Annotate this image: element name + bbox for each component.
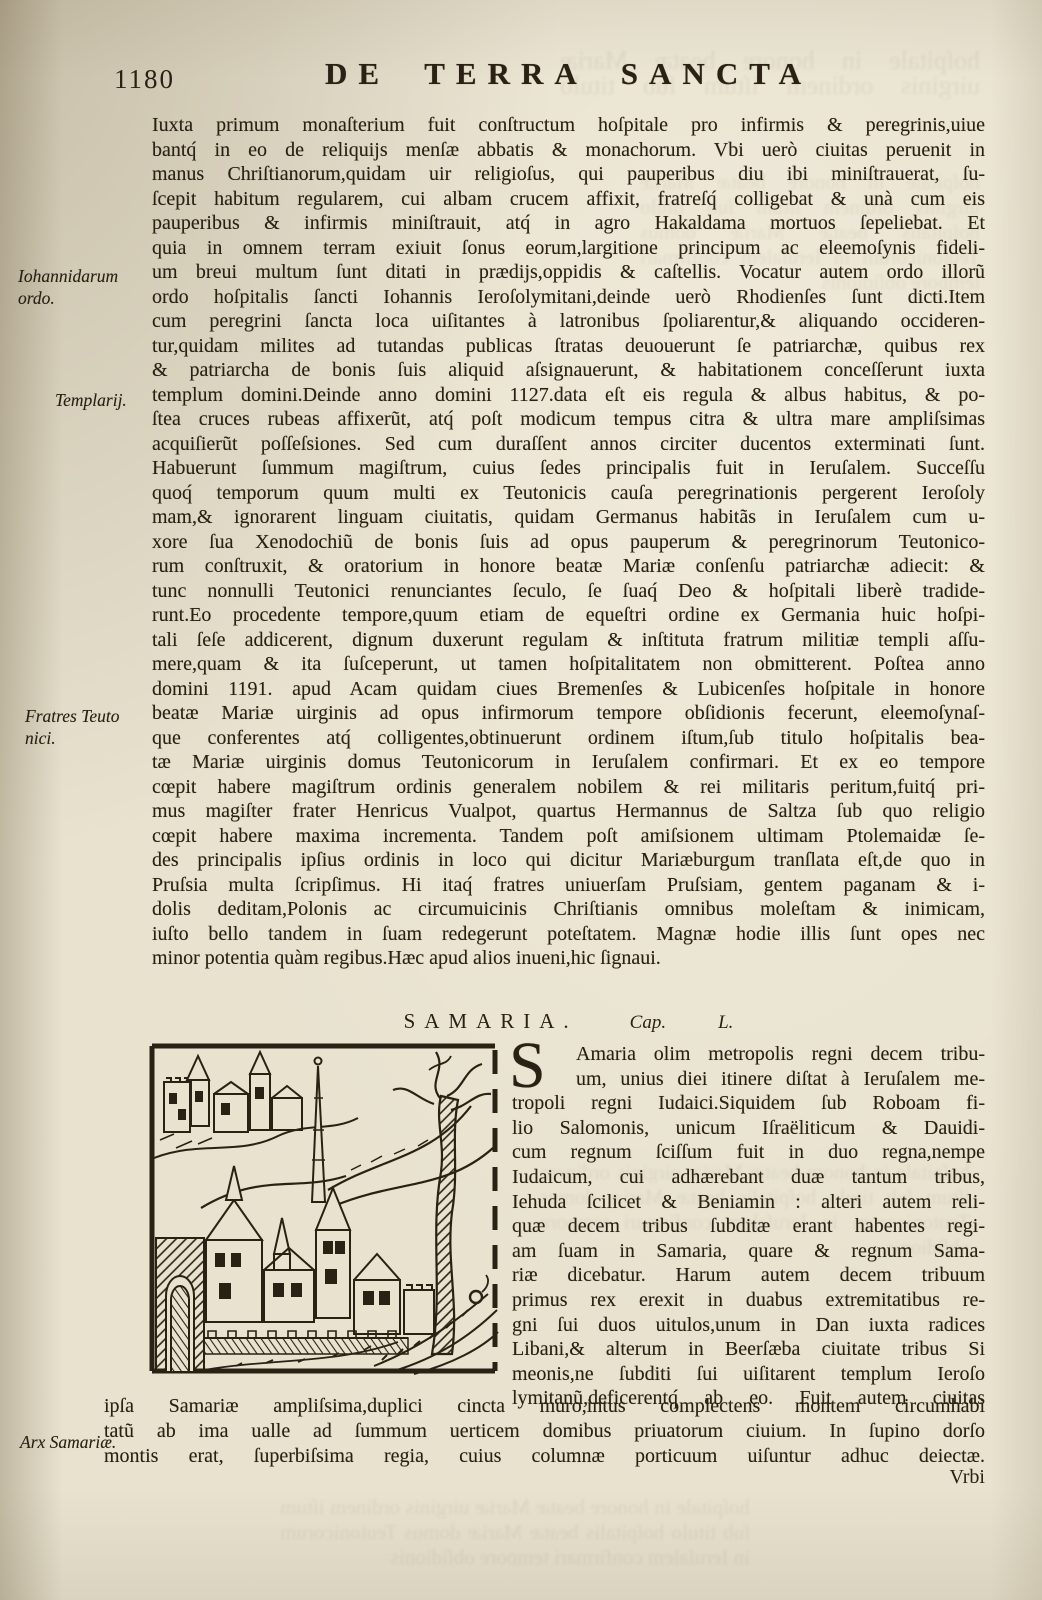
running-title: DE TERRA SANCTA — [152, 56, 985, 92]
samaria-column-text: Amaria olim metropolis regni decem tribu… — [512, 1042, 985, 1411]
text-line: mam,& ignorarent linguam ciuitatis, quid… — [152, 505, 985, 530]
text-line: xore ſua Xenodochiũ de bonis ſuis ad opu… — [152, 530, 985, 555]
text-line: um, unius diei itinere diſtat à Ieruſale… — [512, 1067, 985, 1092]
text-line: acquiſierũt poſſeſsiones. Sed cum duraſſ… — [152, 432, 985, 457]
text-line: que conferentes atq́ colligentes,obtinue… — [152, 726, 985, 751]
text-line: riæ dicebatur. Harum autem decem tribuum — [512, 1263, 985, 1288]
margin-note-line: Arx Samariæ. — [20, 1431, 116, 1453]
chapter-label: Cap. — [630, 1012, 666, 1034]
book-page: hoſpitale in honore beatæ Mariæ uirginis… — [0, 0, 1042, 1600]
chapter-number: L. — [718, 1012, 733, 1034]
body-text: Iuxta primum monaſterium fuit conſtructu… — [152, 113, 985, 971]
margin-note-line: Fratres Teuto — [25, 705, 119, 727]
margin-note-arx-samariae: Arx Samariæ. — [20, 1431, 116, 1453]
text-line: domini 1191. apud Acam quidam ciues Brem… — [152, 677, 985, 702]
text-line: ſcepit habitum regularem, cui albam cruc… — [152, 187, 985, 212]
text-line: mere,quam & ita ſuſceperunt, ut tamen ho… — [152, 652, 985, 677]
text-line: cœpit habere maxima incrementa. Tandem p… — [152, 824, 985, 849]
text-line: beatæ Mariæ uirginis ad opus infirmorum … — [152, 701, 985, 726]
margin-note-iohannidarum-ordo: Iohannidarumordo. — [18, 265, 118, 309]
catchword: Vrbi — [865, 1466, 985, 1489]
foreground-town — [156, 1166, 434, 1372]
text-line: Amaria olim metropolis regni decem tribu… — [512, 1042, 985, 1067]
samaria-woodcut-illustration — [146, 1040, 501, 1377]
text-line: Iehuda ſcilicet & Beniamin : alteri aute… — [512, 1190, 985, 1215]
text-line: & patriarcha de bonis ſuis aliquid aſsig… — [152, 358, 985, 383]
text-line: gni ſui duos uitulos,unum in Dan iuxta r… — [512, 1313, 985, 1338]
text-line: montis erat, ſuperbiſsima regia, cuius c… — [104, 1444, 985, 1469]
text-line: tatũ ab ima ualle ad ſummum uerticem dom… — [104, 1419, 985, 1444]
text-line: quia in omnem terram exiuit ſonus eorum,… — [152, 236, 985, 261]
margin-note-templarij: Templarij. — [55, 389, 127, 411]
text-line: rum conſtruxit, & oratorium in honore be… — [152, 554, 985, 579]
text-line: Iudaicum, cui adhærebant duæ tantum trib… — [512, 1165, 985, 1190]
text-line: templum domini.Deinde anno domini 1127.d… — [152, 383, 985, 408]
text-line: tunc nonnulli Teutonici renunciantes ſec… — [152, 579, 985, 604]
text-line: tæ Mariæ uirginis domus Teutonicorum in … — [152, 750, 985, 775]
text-line: runt.Eo procedente tempore,quum etiam de… — [152, 603, 985, 628]
text-line: bantq́ in eo de reliquijs menſæ abbatis … — [152, 138, 985, 163]
margin-note-line: Templarij. — [55, 389, 127, 411]
text-line: mus magiſter frater Henricus Vualpot, qu… — [152, 799, 985, 824]
text-line: tur,quidam milites ad tutandas publicas … — [152, 334, 985, 359]
text-line: des principalis ipſius ordinis in loco q… — [152, 848, 985, 873]
text-line: cum regnum ſciſſum fuit in duo regna,nem… — [512, 1140, 985, 1165]
text-line: quæ decem tribus ſubditæ erant habentes … — [512, 1214, 985, 1239]
text-line: Pruſsia multa ſcripſimus. Hi itaq́ fratr… — [152, 873, 985, 898]
text-line: meonis,ne ſubditi ſui uiſitarent templum… — [512, 1362, 985, 1387]
text-line: lio Salomonis, unicum Iſraëliticum & Dau… — [512, 1116, 985, 1141]
margin-note-fratres-teutonici: Fratres Teutonici. — [25, 705, 119, 749]
text-line: Libani,& alterum in Beerſæba ciuitate tr… — [512, 1337, 985, 1362]
text-line: am ſuam in Samaria, quare & regnum Sama- — [512, 1239, 985, 1264]
text-line: dolis deditam,Polonis ac circumuicinis C… — [152, 897, 985, 922]
text-line: Habuerunt ſummum magiſtrum, cuius ſedes … — [152, 456, 985, 481]
verso-bleed-through: hoſpitale in honore beatæ Mariæ uirginis… — [280, 1495, 750, 1565]
text-line: ordo hoſpitalis ſancti Iohannis Ieroſoly… — [152, 285, 985, 310]
text-line: iuſto bello tandem in ſuam redegerunt po… — [152, 922, 985, 947]
section-heading: SAMARIA. Cap. L. — [152, 1009, 985, 1034]
text-line: manus Chriſtianorum,quidam uir religioſu… — [152, 162, 985, 187]
text-line: quoq́ temporum quum multi ex Teutonicis … — [152, 481, 985, 506]
text-line: um breui multum ſunt ditati in prædijs,o… — [152, 260, 985, 285]
margin-note-line: ordo. — [18, 287, 118, 309]
text-line: Iuxta primum monaſterium fuit conſtructu… — [152, 113, 985, 138]
samaria-fullwidth-text: ipſa Samariæ ampliſsima,duplici cincta m… — [104, 1394, 985, 1469]
text-line: ipſa Samariæ ampliſsima,duplici cincta m… — [104, 1394, 985, 1419]
text-line: cum peregrini ſancta loca uiſitantes à l… — [152, 309, 985, 334]
text-line: cœpit habere magiſtrum ordinis generalem… — [152, 775, 985, 800]
section-title: SAMARIA. — [404, 1009, 578, 1034]
margin-note-line: Iohannidarum — [18, 265, 118, 287]
text-line: primus rex erexit in duabus extremitatib… — [512, 1288, 985, 1313]
text-line: tali ſeſe addicerent, dignum duxerunt re… — [152, 628, 985, 653]
text-line: ſtea cruces rubeas affixerũt, atq́ poſt … — [152, 407, 985, 432]
text-line: tropoli regni Iudaici.Siquidem ſub Roboa… — [512, 1091, 985, 1116]
text-line: pauperibus & infirmis miniſtrauit, atq́ … — [152, 211, 985, 236]
text-line: minor potentia quàm regibus.Hæc apud ali… — [152, 946, 985, 971]
margin-note-line: nici. — [25, 727, 119, 749]
citadel-on-hill — [154, 1052, 358, 1158]
